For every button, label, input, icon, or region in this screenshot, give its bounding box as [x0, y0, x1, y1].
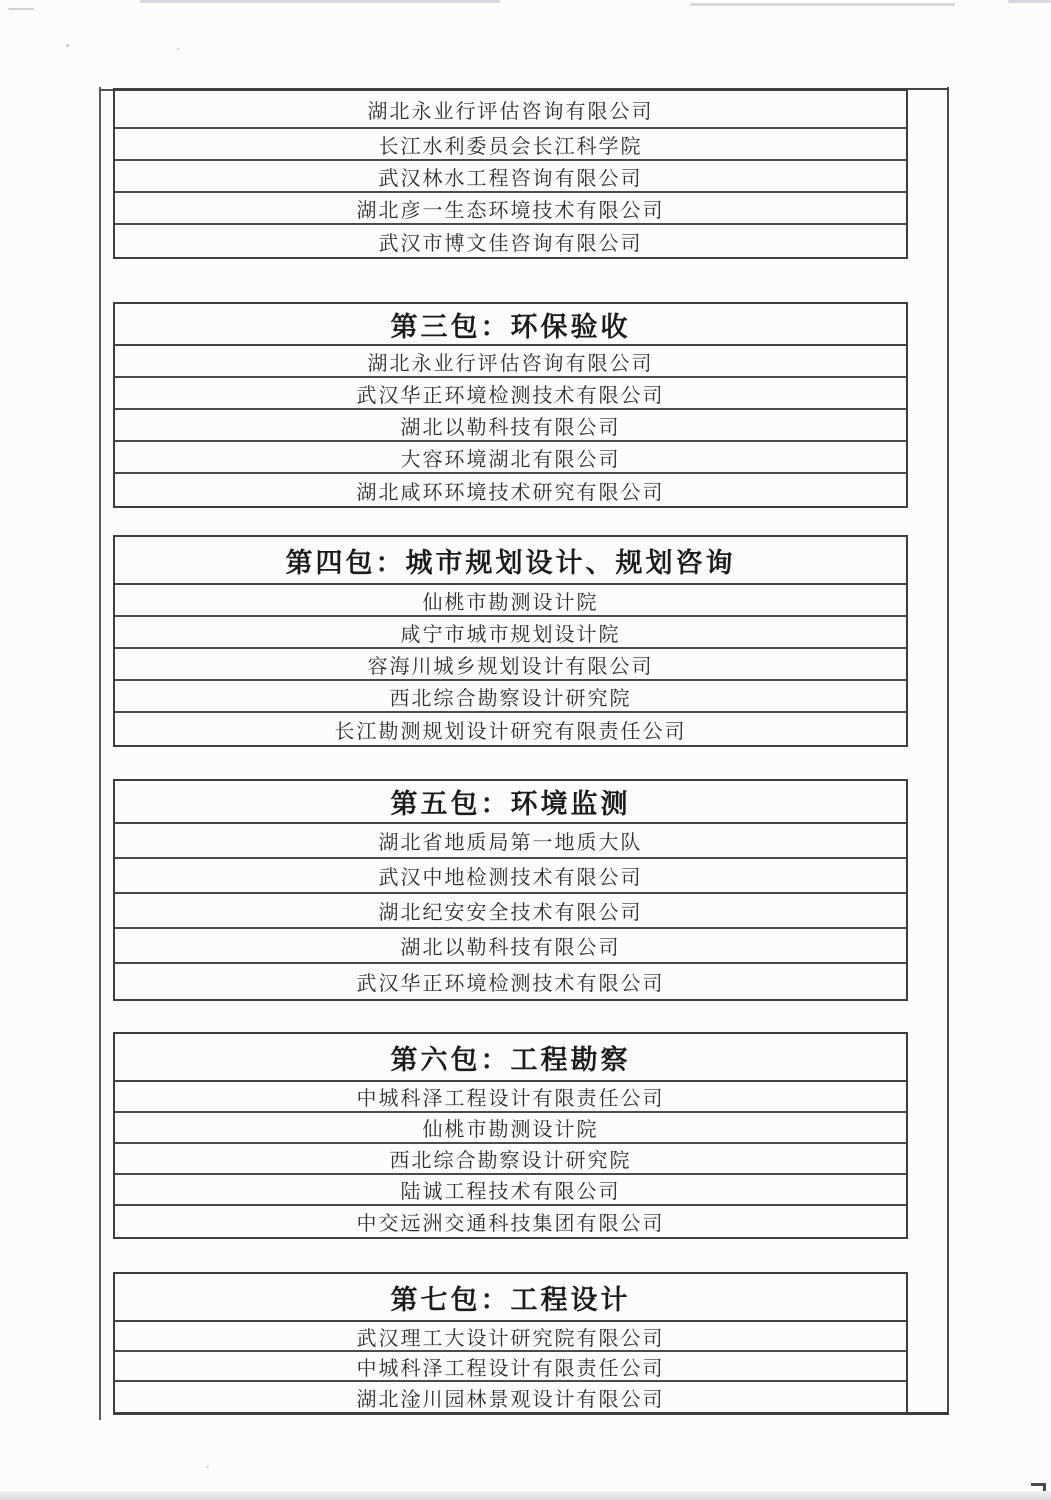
package-5-table: 第五包：环境监测 湖北省地质局第一地质大队 武汉中地检测技术有限公司 湖北纪安安… [113, 779, 908, 1001]
outer-frame-right-line [947, 87, 949, 1415]
package-7-table: 第七包：工程设计 武汉理工大设计研究院有限公司 中城科泽工程设计有限责任公司 湖… [113, 1272, 908, 1415]
company-row: 武汉林水工程咨询有限公司 [115, 161, 906, 193]
package-4-header: 第四包：城市规划设计、规划咨询 [115, 537, 906, 585]
package-6-table: 第六包：工程勘察 中城科泽工程设计有限责任公司 仙桃市勘测设计院 西北综合勘察设… [113, 1032, 908, 1239]
company-row: 西北综合勘察设计研究院 [115, 681, 906, 713]
company-row: 湖北淦川园林景观设计有限公司 [115, 1382, 906, 1412]
company-row: 西北综合勘察设计研究院 [115, 1144, 906, 1175]
outer-frame-top-segment [100, 89, 114, 91]
company-row: 长江勘测规划设计研究有限责任公司 [115, 713, 906, 745]
company-row: 湖北永业行评估咨询有限公司 [115, 91, 906, 129]
scan-edge-streak [690, 3, 955, 6]
company-row: 容海川城乡规划设计有限公司 [115, 649, 906, 681]
company-row: 陆诚工程技术有限公司 [115, 1175, 906, 1206]
company-row: 仙桃市勘测设计院 [115, 585, 906, 617]
document-page: 湖北永业行评估咨询有限公司 长江水利委员会长江科学院 武汉林水工程咨询有限公司 … [0, 0, 1051, 1500]
company-row: 武汉中地检测技术有限公司 [115, 859, 906, 894]
continued-package-table: 湖北永业行评估咨询有限公司 长江水利委员会长江科学院 武汉林水工程咨询有限公司 … [113, 88, 908, 259]
company-row: 武汉理工大设计研究院有限公司 [115, 1322, 906, 1352]
dust-speck [66, 44, 69, 47]
company-row: 武汉华正环境检测技术有限公司 [115, 378, 906, 410]
company-row: 咸宁市城市规划设计院 [115, 617, 906, 649]
scan-bottom-shadow [0, 1491, 1051, 1500]
company-row: 湖北彦一生态环境技术有限公司 [115, 193, 906, 225]
outer-frame-top-segment [906, 88, 949, 90]
package-6-header: 第六包：工程勘察 [115, 1034, 906, 1082]
package-5-header: 第五包：环境监测 [115, 781, 906, 824]
package-7-header: 第七包：工程设计 [115, 1274, 906, 1322]
company-row: 大容环境湖北有限公司 [115, 442, 906, 474]
company-row: 中城科泽工程设计有限责任公司 [115, 1082, 906, 1113]
company-row: 武汉市博文佳咨询有限公司 [115, 225, 906, 257]
company-row: 湖北以勒科技有限公司 [115, 410, 906, 442]
company-row: 湖北永业行评估咨询有限公司 [115, 346, 906, 378]
company-row: 湖北纪安安全技术有限公司 [115, 894, 906, 929]
scan-edge-streak [8, 8, 34, 10]
company-row: 中交远洲交通科技集团有限公司 [115, 1206, 906, 1237]
outer-frame-bottom-segment [906, 1412, 949, 1415]
company-row: 仙桃市勘测设计院 [115, 1113, 906, 1144]
package-3-table: 第三包：环保验收 湖北永业行评估咨询有限公司 武汉华正环境检测技术有限公司 湖北… [113, 302, 908, 508]
scan-edge-streak [140, 0, 500, 3]
outer-frame-left-line [99, 87, 101, 1420]
company-row: 中城科泽工程设计有限责任公司 [115, 1352, 906, 1382]
package-3-header: 第三包：环保验收 [115, 304, 906, 346]
package-4-table: 第四包：城市规划设计、规划咨询 仙桃市勘测设计院 咸宁市城市规划设计院 容海川城… [113, 535, 908, 747]
dust-speck [177, 48, 179, 50]
company-row: 湖北以勒科技有限公司 [115, 929, 906, 964]
company-row: 长江水利委员会长江科学院 [115, 129, 906, 161]
scan-edge-streak [1008, 0, 1051, 3]
company-row: 武汉华正环境检测技术有限公司 [115, 964, 906, 999]
dust-speck [206, 1466, 209, 1468]
company-row: 湖北咸环环境技术研究有限公司 [115, 474, 906, 506]
company-row: 湖北省地质局第一地质大队 [115, 824, 906, 859]
